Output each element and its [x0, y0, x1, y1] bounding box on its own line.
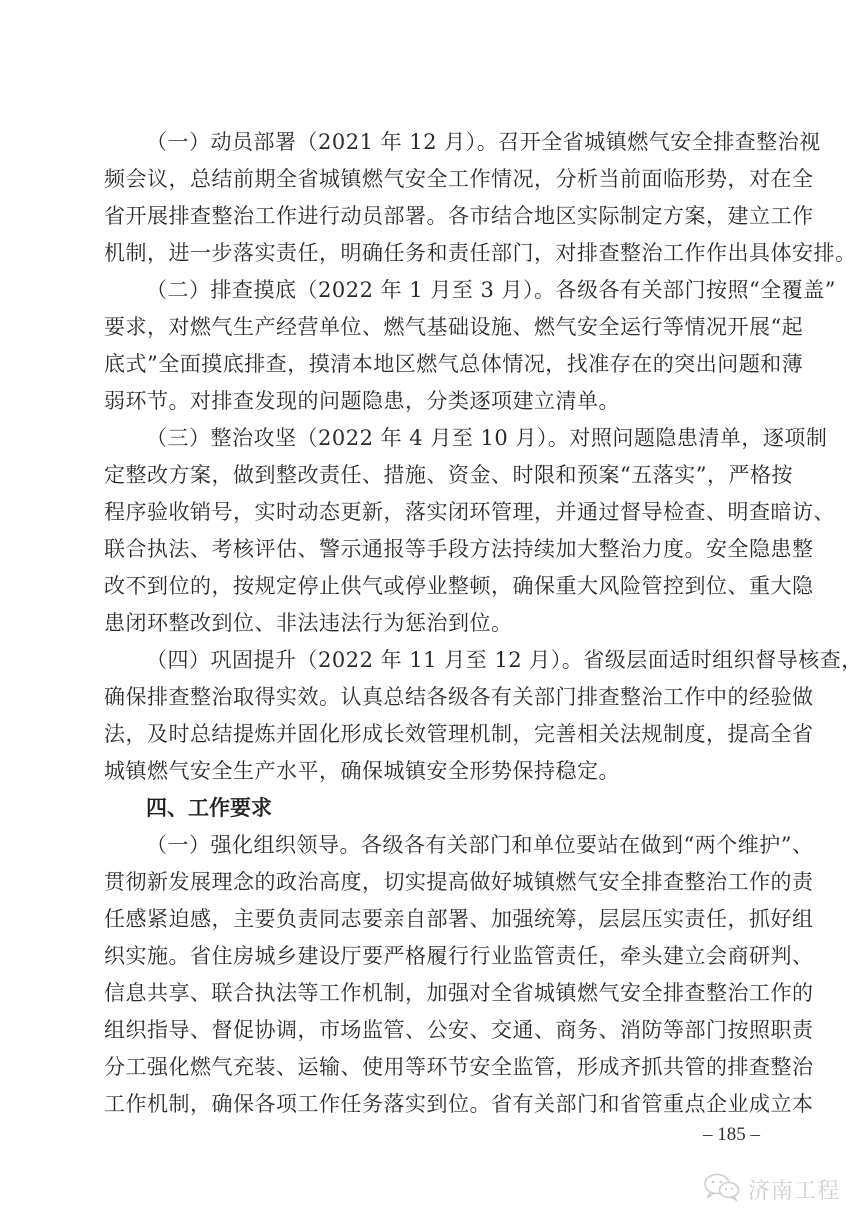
section-heading: 四、工作要求 [104, 790, 766, 827]
text-line: 改不到位的，按规定停止供气或停业整顿，确保重大风险管控到位、重大隐 [104, 568, 766, 605]
watermark: 济南工程 [702, 1172, 840, 1206]
text-line: 任感紧迫感，主要负责同志要亲自部署、加强统筹，层层压实责任，抓好组 [104, 901, 766, 938]
paragraph-stage-3: （三）整治攻坚（2022 年 4 月至 10 月）。对照问题隐患清单，逐项制 定… [104, 420, 766, 642]
text-line: 要求，对燃气生产经营单位、燃气基础设施、燃气安全运行等情况开展“起 [104, 309, 766, 346]
wechat-icon [702, 1172, 742, 1206]
text-line: 联合执法、考核评估、警示通报等手段方法持续加大整治力度。安全隐患整 [104, 531, 766, 568]
text-line: 程序验收销号，实时动态更新，落实闭环管理，并通过督导检查、明查暗访、 [104, 494, 766, 531]
paragraph-requirement-1: （一）强化组织领导。各级各有关部门和单位要站在做到“两个维护”、 贯彻新发展理念… [104, 827, 766, 1123]
text-line: 分工强化燃气充装、运输、使用等环节安全监管，形成齐抓共管的排查整治 [104, 1049, 766, 1086]
paragraph-stage-1: （一）动员部署（2021 年 12 月）。召开全省城镇燃气安全排查整治视 频会议… [104, 124, 766, 272]
text-line: 组织指导、督促协调，市场监管、公安、交通、商务、消防等部门按照职责 [104, 1012, 766, 1049]
text-line: 定整改方案，做到整改责任、措施、资金、时限和预案“五落实”，严格按 [104, 457, 766, 494]
text-line: （一）动员部署（2021 年 12 月）。召开全省城镇燃气安全排查整治视 [104, 124, 766, 161]
watermark-text: 济南工程 [748, 1174, 840, 1205]
text-line: （一）强化组织领导。各级各有关部门和单位要站在做到“两个维护”、 [104, 827, 766, 864]
text-line: 法，及时总结提炼并固化形成长效管理机制，完善相关法规制度，提高全省 [104, 716, 766, 753]
text-line: 贯彻新发展理念的政治高度，切实提高做好城镇燃气安全排查整治工作的责 [104, 864, 766, 901]
text-line: 确保排查整治取得实效。认真总结各级各有关部门排查整治工作中的经验做 [104, 679, 766, 716]
text-line: 工作机制，确保各项工作任务落实到位。省有关部门和省管重点企业成立本 [104, 1086, 766, 1123]
text-line: （二）排查摸底（2022 年 1 月至 3 月）。各级各有关部门按照“全覆盖” [104, 272, 766, 309]
text-line: 频会议，总结前期全省城镇燃气安全工作情况，分析当前面临形势，对在全 [104, 161, 766, 198]
text-line: 机制，进一步落实责任，明确任务和责任部门，对排查整治工作作出具体安排。 [104, 235, 766, 272]
document-page: （一）动员部署（2021 年 12 月）。召开全省城镇燃气安全排查整治视 频会议… [104, 124, 766, 1123]
text-line: 弱环节。对排查发现的问题隐患，分类逐项建立清单。 [104, 383, 766, 420]
text-line: 底式”全面摸底排查，摸清本地区燃气总体情况，找准存在的突出问题和薄 [104, 346, 766, 383]
text-line: 患闭环整改到位、非法违法行为惩治到位。 [104, 605, 766, 642]
text-line: 省开展排查整治工作进行动员部署。各市结合地区实际制定方案，建立工作 [104, 198, 766, 235]
text-line: 织实施。省住房城乡建设厅要严格履行行业监管责任，牵头建立会商研判、 [104, 938, 766, 975]
paragraph-stage-2: （二）排查摸底（2022 年 1 月至 3 月）。各级各有关部门按照“全覆盖” … [104, 272, 766, 420]
text-line: 城镇燃气安全生产水平，确保城镇安全形势保持稳定。 [104, 753, 766, 790]
paragraph-stage-4: （四）巩固提升（2022 年 11 月至 12 月）。省级层面适时组织督导核查，… [104, 642, 766, 790]
page-number: – 185 – [703, 1124, 760, 1146]
text-line: （三）整治攻坚（2022 年 4 月至 10 月）。对照问题隐患清单，逐项制 [104, 420, 766, 457]
text-line: 信息共享、联合执法等工作机制，加强对全省城镇燃气安全排查整治工作的 [104, 975, 766, 1012]
text-line: （四）巩固提升（2022 年 11 月至 12 月）。省级层面适时组织督导核查， [104, 642, 766, 679]
